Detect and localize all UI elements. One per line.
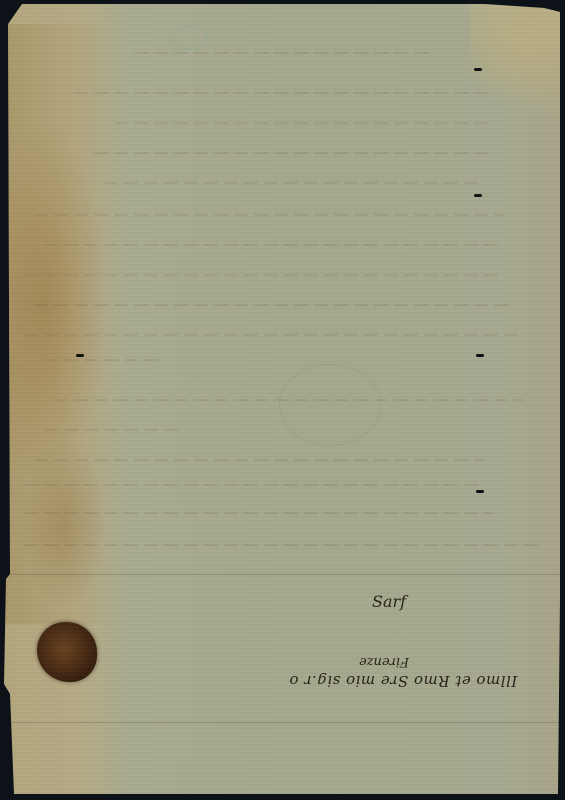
manuscript-page: Sarf Firenze Illmo et Rmo Sre mio sig.r … (4, 4, 560, 794)
bleed-through-line (34, 459, 484, 461)
docket-note: Sarf (372, 592, 406, 611)
pinhole (76, 354, 84, 357)
bleed-through-line (24, 512, 494, 514)
fold-crease (4, 722, 560, 723)
bleed-through-line (44, 244, 504, 246)
bleed-through-line (34, 214, 504, 216)
bleed-through-line (134, 52, 434, 54)
pinhole (474, 68, 482, 71)
bleed-through-line (24, 484, 484, 486)
pinhole (476, 354, 484, 357)
bleed-through-line (114, 122, 494, 124)
water-stain (4, 24, 114, 624)
pinhole (476, 490, 484, 493)
bleed-through-line (44, 429, 184, 431)
scan-viewer: Sarf Firenze Illmo et Rmo Sre mio sig.r … (0, 0, 565, 800)
pinhole (474, 194, 482, 197)
bleed-through-line (24, 544, 544, 546)
bleed-through-line (44, 359, 164, 361)
watermark (279, 364, 381, 446)
stamp-mark (172, 26, 208, 50)
bleed-through-line (24, 334, 524, 336)
address-city: Firenze (359, 654, 409, 669)
fold-crease (4, 574, 560, 575)
bleed-through-line (74, 92, 494, 94)
bleed-through-line (104, 182, 484, 184)
bleed-through-line (54, 399, 524, 401)
address-recipient: Illmo et Rmo Sre mio sig.r o (289, 672, 517, 690)
bleed-through-line (94, 152, 494, 154)
wax-seal (37, 622, 97, 682)
corner-stain (470, 4, 560, 114)
bleed-through-line (24, 274, 504, 276)
bleed-through-line (34, 304, 514, 306)
